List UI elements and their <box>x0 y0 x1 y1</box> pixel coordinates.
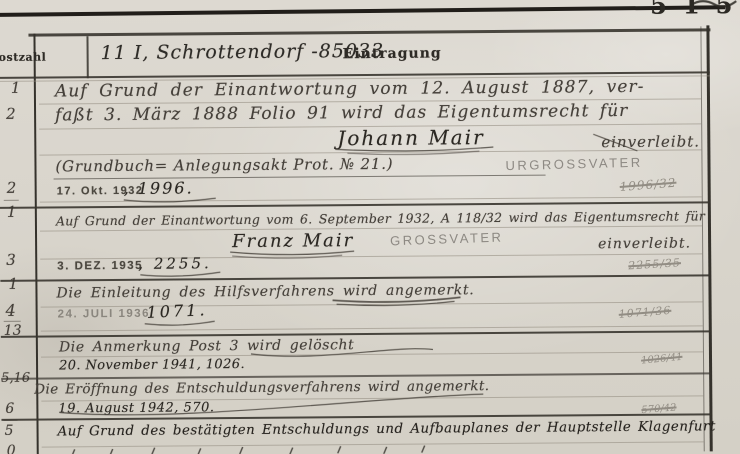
entry-divider <box>0 274 710 282</box>
entry-2-file-number-struck: 2255/35 <box>628 256 681 272</box>
entry-2-owner-name: Franz Mair <box>232 230 354 252</box>
table-top-border <box>28 28 710 36</box>
entry-1-line-3: (Grundbuch= Anlegungsakt Prot. № 21.) <box>55 155 393 176</box>
scanned-register-page: 515 ostzahl 1 2 2 1 3 1 4 13 5,16 6 5 0 … <box>0 0 740 454</box>
margin-number: 3 <box>6 251 16 269</box>
entry-2-stamp-date: 3. DEZ. 1935 <box>57 260 143 273</box>
column-header-eintragung: Eintragung <box>343 45 442 62</box>
margin-number: 1 <box>8 275 18 293</box>
margin-number: 2 <box>6 105 16 123</box>
entry-2-verb: einverleibt. <box>598 235 691 252</box>
entry-1-owner-name: Johann Mair <box>337 125 485 150</box>
entry-3-line-1: Die Einleitung des Hilfsverfahrens wird … <box>56 282 474 301</box>
entry-5-date-line: 19. August 1942, 570. <box>58 400 214 416</box>
table-right-border-inner <box>700 26 704 451</box>
entry-1-verb: einverleibt. <box>601 132 700 151</box>
pencil-note-grossvater: GROSSVATER <box>390 229 504 248</box>
entry-2-journal-number: , 2255. <box>138 254 212 273</box>
margin-number: 4 <box>6 301 16 320</box>
margin-number: 1 <box>7 203 17 221</box>
pencil-note-urgrossvater: URGROSSVATER <box>505 155 642 173</box>
entry-1-line-2: faßt 3. März 1888 Folio 91 wird das Eige… <box>55 101 628 126</box>
entry-divider <box>1 330 711 338</box>
entry-divider <box>0 201 710 209</box>
entry-6-line-1: Auf Grund des bestätigten Entschuldungs … <box>58 419 716 439</box>
margin-number-divider <box>4 200 19 201</box>
margin-column-header: ostzahl <box>0 51 46 64</box>
entry-5-line-1: Die Eröffnung des Entschuldungsverfahren… <box>34 378 489 398</box>
entry-1-file-number-struck: 1996/32 <box>619 176 677 194</box>
entry-3-stamp-date: 24. JULI 1936 <box>58 308 150 321</box>
entry-3-journal-number: 1071. <box>146 300 208 322</box>
entry-4-date-line: 20. November 1941, 1026. <box>59 357 245 373</box>
margin-number: 6 <box>5 401 14 417</box>
margin-number: 5 <box>5 423 14 439</box>
entry-1-journal-number: , 1996. <box>124 178 194 198</box>
entry-1-line-1: Auf Grund der Einantwortung vom 12. Augu… <box>55 77 645 102</box>
margin-number: 2 <box>7 179 17 197</box>
form-rule <box>41 301 703 307</box>
entry-3-file-number-struck: 1071/36 <box>618 304 672 321</box>
page-number: 515 <box>650 0 740 20</box>
header-inner-border <box>86 36 88 78</box>
margin-number: 1 <box>11 79 21 97</box>
entry-4-file-number-struck: 1026/41 <box>641 352 683 367</box>
scan-edge-line <box>0 5 725 17</box>
entry-4-line-1: Die Anmerkung Post 3 wird gelöscht <box>59 337 355 355</box>
table-right-border <box>706 25 712 451</box>
margin-number: 0 <box>7 443 16 454</box>
margin-number-divider <box>4 321 21 322</box>
form-rule <box>42 441 704 447</box>
